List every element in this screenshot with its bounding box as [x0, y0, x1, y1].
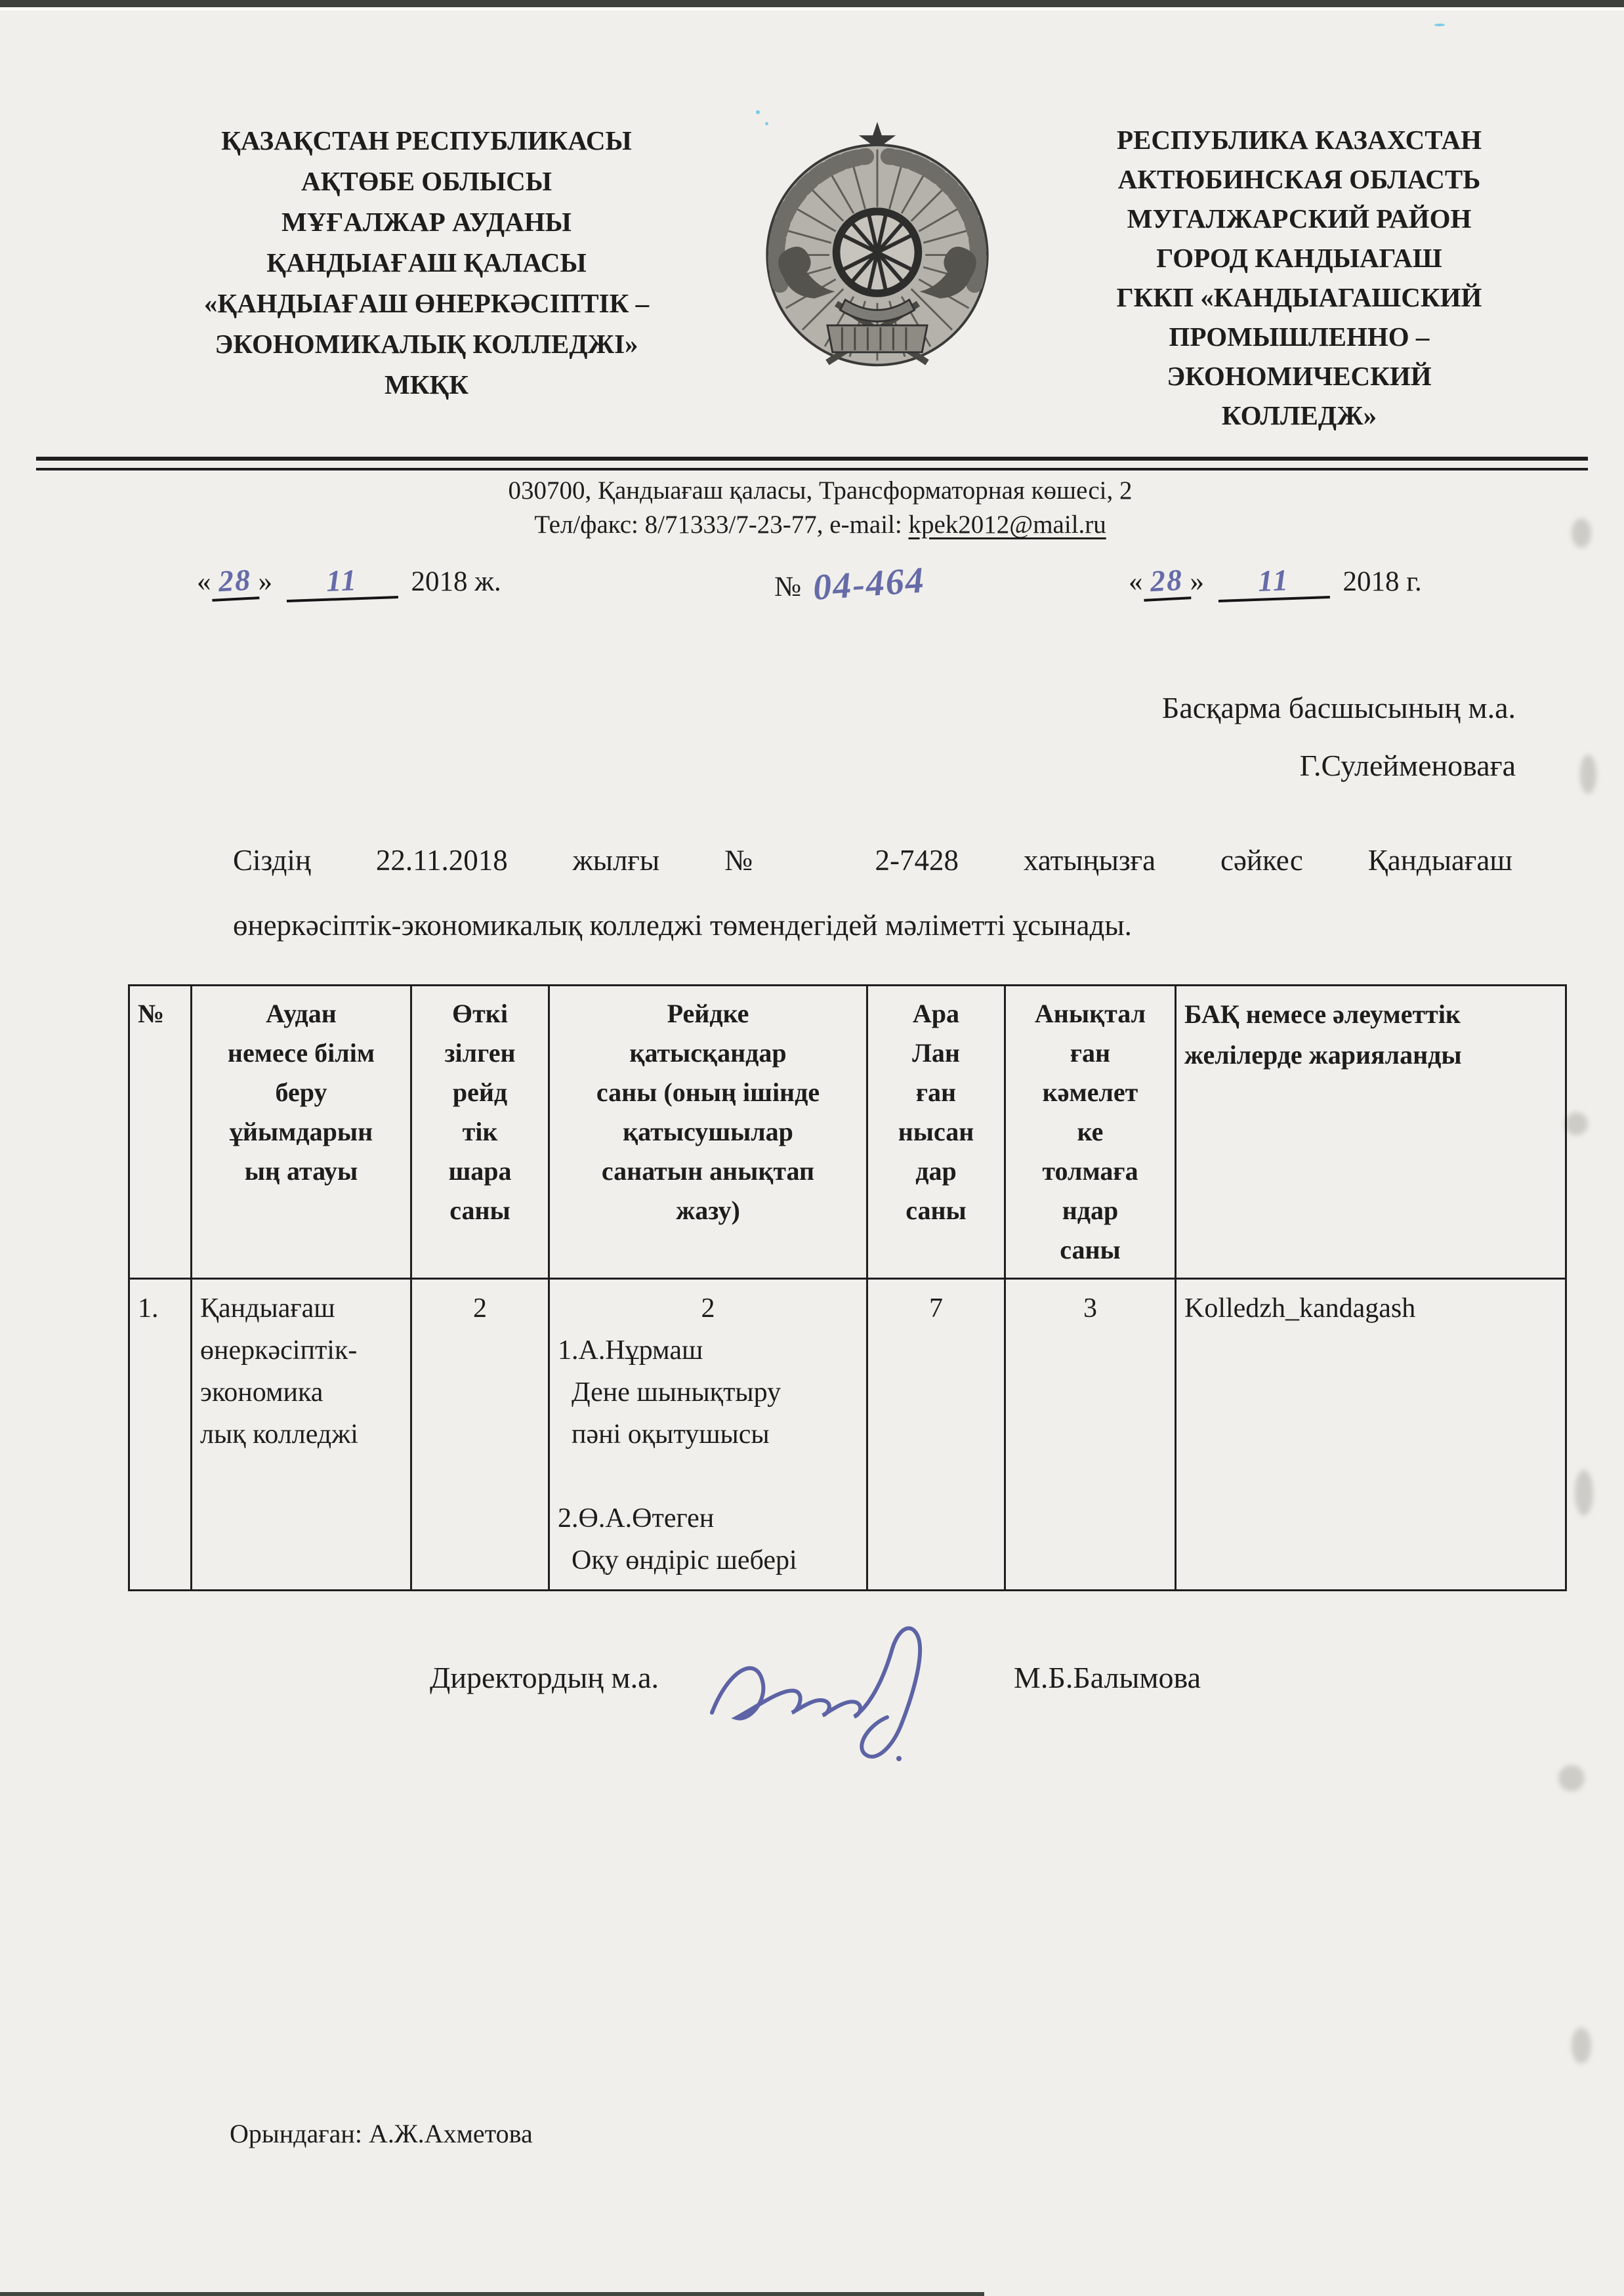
cell-number: 1. — [129, 1279, 192, 1591]
phone-text: Тел/факс: 8/71333/7-23-77, e-mail: — [534, 511, 908, 539]
col-header-participants: Рейдке қатысқандар саны (оның ішінде қат… — [549, 986, 867, 1279]
signature-block: Директордың м.а. М.Б.Балымова — [430, 1654, 1414, 1824]
col-header-objects: Ара Лан ған нысан дар саны — [867, 986, 1005, 1279]
letterhead-line: МУГАЛЖАРСКИЙ РАЙОН — [1037, 199, 1562, 238]
scan-smudge — [1572, 518, 1591, 548]
letterhead-line: ҚАЗАҚСТАН РЕСПУБЛИКАСЫ — [118, 120, 735, 161]
col-header-raids: Өткі зілген рейд тік шара саны — [411, 986, 549, 1279]
handwritten-day-right: 28 — [1142, 562, 1191, 602]
letterhead-line: ГККП «КАНДЫАГАШСКИЙ — [1037, 278, 1562, 317]
cell-organization: Қандыағаш өнеркәсіптік- экономика лық ко… — [192, 1279, 411, 1591]
col-header-media: БАҚ немесе әлеуметтік желілерде жариялан… — [1176, 986, 1566, 1279]
col-header-minors: Анықтал ған кәмелет ке толмаға ндар саны — [1005, 986, 1176, 1279]
letterhead-line: ПРОМЫШЛЕННО – — [1037, 317, 1562, 356]
contact-line: Тел/факс: 8/71333/7-23-77, e-mail: kpek2… — [256, 508, 1385, 542]
letterhead-line: МКҚК — [118, 364, 735, 405]
letterhead-line: МҰҒАЛЖАР АУДАНЫ — [118, 201, 735, 242]
scan-speck — [1434, 24, 1445, 26]
body-line: өнеркәсіптік-экономикалық колледжі төмен… — [233, 893, 1512, 958]
addressee-block: Басқарма басшысының м.а. Г.Сулейменоваға — [846, 679, 1516, 795]
scanned-letter-page: ҚАЗАҚСТАН РЕСПУБЛИКАСЫ АҚТӨБЕ ОБЛЫСЫ МҰҒ… — [0, 0, 1624, 2296]
letterhead-line: «ҚАНДЫАҒАШ ӨНЕРКӘСІПТІК – — [118, 283, 735, 324]
signature-name: М.Б.Балымова — [1014, 1660, 1201, 1695]
scan-smudge — [1580, 755, 1596, 794]
document-number: №04-464 — [774, 563, 925, 605]
handwritten-day-left: 28 — [210, 562, 259, 602]
handwritten-number: 04-464 — [812, 559, 927, 609]
participants-count: 2 — [558, 1287, 858, 1329]
cell-objects: 7 — [867, 1279, 1005, 1591]
cell-minors: 3 — [1005, 1279, 1176, 1591]
col-header-number: № — [129, 986, 192, 1279]
letterhead-line: АҚТӨБЕ ОБЛЫСЫ — [118, 161, 735, 201]
handwritten-signature — [682, 1601, 997, 1792]
date-left: «28» 11 2018 ж. — [197, 563, 501, 600]
body-paragraph: Сіздің 22.11.2018 жылғы № 2-7428 хатыңыз… — [233, 828, 1512, 958]
cell-media: Kolledzh_kandagash — [1176, 1279, 1566, 1591]
scan-smudge — [1565, 1112, 1588, 1135]
addressee-name: Г.Сулейменоваға — [846, 737, 1516, 795]
letterhead-line: ГОРОД КАНДЫАГАШ — [1037, 238, 1562, 278]
letterhead-line: ҚАНДЫАҒАШ ҚАЛАСЫ — [118, 242, 735, 283]
table-data-row: 1. Қандыағаш өнеркәсіптік- экономика лық… — [129, 1279, 1566, 1591]
year-right: 2018 г. — [1343, 566, 1422, 597]
address-block: 030700, Қандыағаш қаласы, Трансформаторн… — [256, 474, 1385, 542]
kazakhstan-coat-of-arms-icon — [749, 113, 1005, 375]
letterhead-line: ЭКОНОМИЧЕСКИЙ — [1037, 356, 1562, 396]
letterhead-kazakh: ҚАЗАҚСТАН РЕСПУБЛИКАСЫ АҚТӨБЕ ОБЛЫСЫ МҰҒ… — [118, 120, 735, 405]
handwritten-month-left: 11 — [285, 561, 398, 602]
table-header-row: № Аудан немесе білім беру ұйымдарын ың а… — [129, 986, 1566, 1279]
report-table: № Аудан немесе білім беру ұйымдарын ың а… — [128, 984, 1567, 1591]
body-line: Сіздің 22.11.2018 жылғы № 2-7428 хатыңыз… — [233, 828, 1512, 893]
year-left: 2018 ж. — [411, 566, 501, 597]
number-label: № — [774, 572, 801, 602]
scanner-edge-bottom — [0, 2292, 984, 2296]
letterhead-line: АКТЮБИНСКАЯ ОБЛАСТЬ — [1037, 159, 1562, 199]
cell-participants: 2 1.А.Нұрмаш Дене шынықтыру пәні оқытушы… — [549, 1279, 867, 1591]
scanner-edge-highlight — [0, 7, 1624, 10]
date-number-row: «28» 11 2018 ж. №04-464 «28» 11 2018 г. — [197, 563, 1496, 622]
scanner-edge-top — [0, 0, 1624, 7]
letterhead-line: ЭКОНОМИКАЛЫҚ КОЛЛЕДЖІ» — [118, 324, 735, 364]
address-line: 030700, Қандыағаш қаласы, Трансформаторн… — [256, 474, 1385, 508]
date-right: «28» 11 2018 г. — [1129, 563, 1422, 600]
scan-smudge — [1572, 2028, 1591, 2064]
addressee-title: Басқарма басшысының м.а. — [846, 679, 1516, 737]
email-text: kpek2012@mail.ru — [908, 511, 1106, 539]
letterhead-divider — [36, 457, 1588, 470]
handwritten-month-right: 11 — [1217, 561, 1330, 602]
executor-line: Орындаған: А.Ж.Ахметова — [230, 2118, 533, 2149]
letterhead-line: РЕСПУБЛИКА КАЗАХСТАН — [1037, 120, 1562, 159]
letterhead-line: КОЛЛЕДЖ» — [1037, 396, 1562, 435]
col-header-organization: Аудан немесе білім беру ұйымдарын ың ата… — [192, 986, 411, 1279]
signature-title: Директордың м.а. — [430, 1660, 659, 1695]
scan-smudge — [1575, 1470, 1593, 1516]
scan-smudge — [1558, 1765, 1585, 1791]
letterhead-russian: РЕСПУБЛИКА КАЗАХСТАН АКТЮБИНСКАЯ ОБЛАСТЬ… — [1037, 120, 1562, 435]
participants-detail: 1.А.Нұрмаш Дене шынықтыру пәні оқытушысы… — [558, 1329, 858, 1581]
cell-raids: 2 — [411, 1279, 549, 1591]
